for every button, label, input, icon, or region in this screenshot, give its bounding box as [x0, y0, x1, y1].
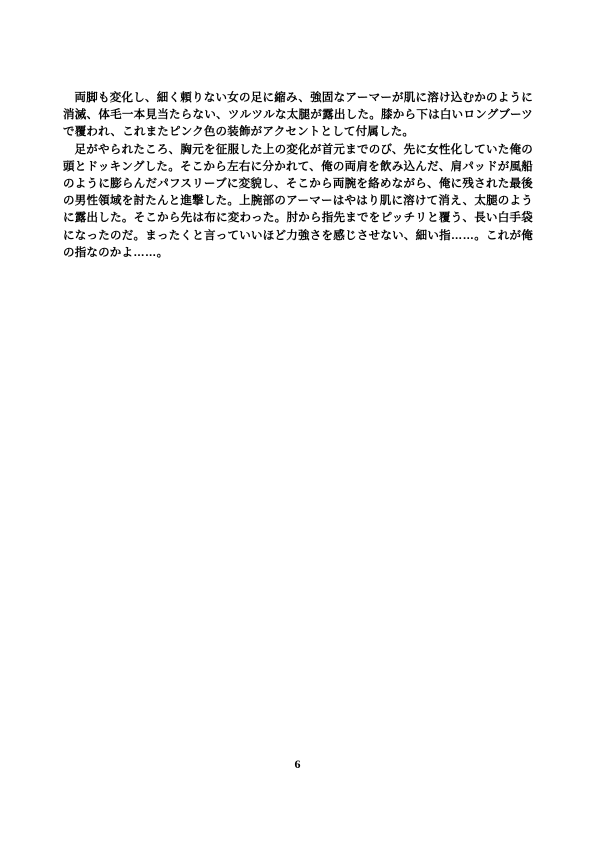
paragraph-1: 両脚も変化し、細く頼りない女の足に縮み、強固なアーマーが肌に溶け込むかのように消…: [63, 90, 533, 142]
paragraph-2: 足がやられたころ、胸元を征服した上の変化が首元までのび、先に女性化していた俺の頭…: [63, 142, 533, 262]
body-text-block: 両脚も変化し、細く頼りない女の足に縮み、強固なアーマーが肌に溶け込むかのように消…: [63, 90, 533, 262]
document-page: 両脚も変化し、細く頼りない女の足に縮み、強固なアーマーが肌に溶け込むかのように消…: [0, 0, 595, 842]
page-number: 6: [0, 757, 595, 772]
